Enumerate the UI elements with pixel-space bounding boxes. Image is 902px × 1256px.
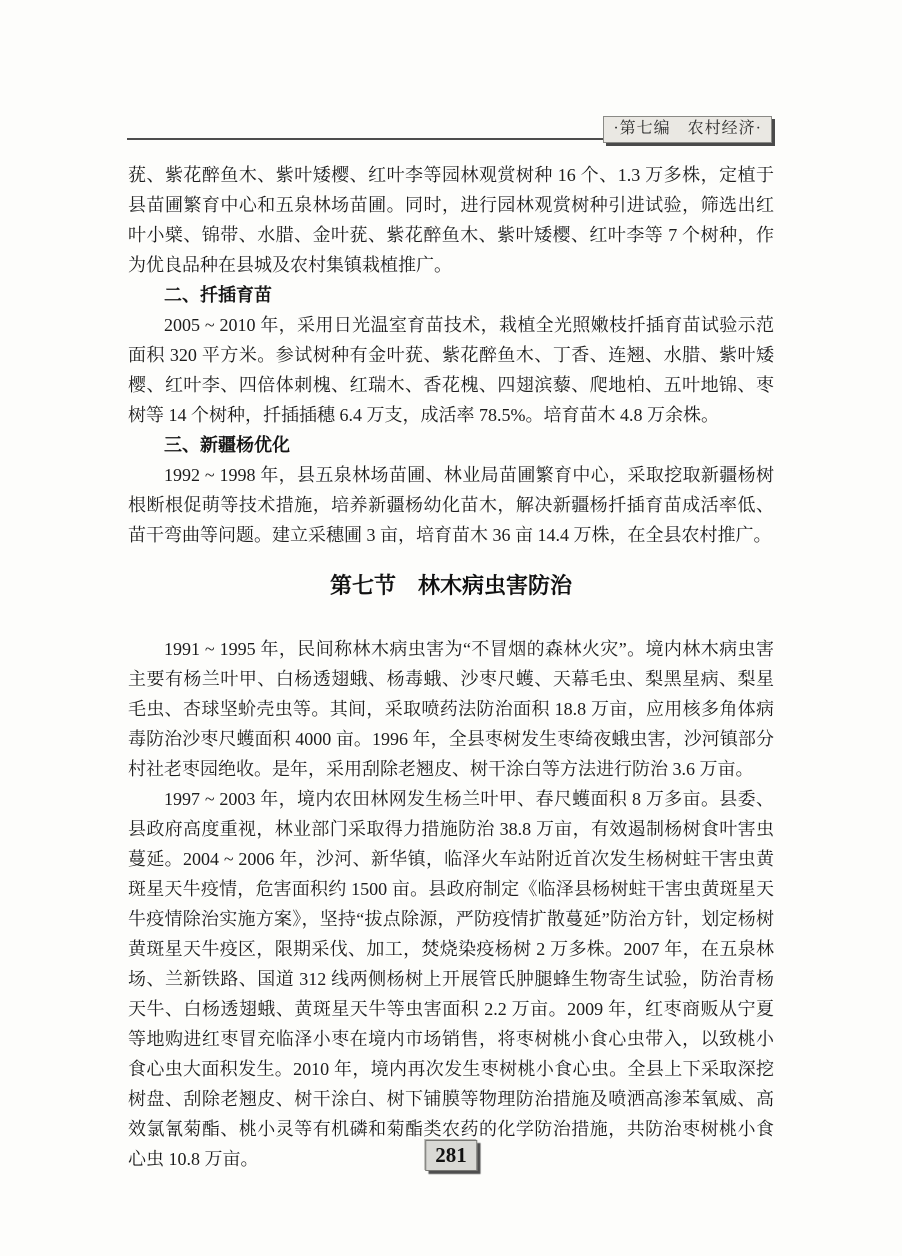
- edition-label: ·第七编 农村经济·: [613, 120, 762, 137]
- edition-label-box: ·第七编 农村经济·: [603, 116, 772, 143]
- paragraph-continued-from-previous-page: 莸、紫花醉鱼木、紫叶矮樱、红叶李等园林观赏树种 16 个、1.3 万多株，定植于…: [128, 160, 774, 280]
- paragraph-xinjiang-poplar-optimization: 1992 ~ 1998 年，县五泉林场苗圃、林业局苗圃繁育中心，采取挖取新疆杨树…: [128, 460, 774, 550]
- page-number: 281: [435, 1143, 467, 1167]
- page-number-box: 281: [425, 1140, 477, 1171]
- paragraph-pest-control-1997-2010: 1997 ~ 2003 年，境内农田林网发生杨兰叶甲、春尺蠖面积 8 万多亩。县…: [128, 784, 774, 1174]
- page-body: 莸、紫花醉鱼木、紫叶矮樱、红叶李等园林观赏树种 16 个、1.3 万多株，定植于…: [128, 160, 774, 1174]
- section-title-pest-control: 第七节 林木病虫害防治: [128, 571, 774, 601]
- paragraph-cutting-propagation: 2005 ~ 2010 年，采用日光温室育苗技术，栽植全光照嫩枝扦插育苗试验示范…: [128, 310, 774, 430]
- subheading-xinjiang-poplar-optimization: 三、新疆杨优化: [128, 430, 774, 460]
- subheading-cutting-propagation: 二、扦插育苗: [128, 280, 774, 310]
- book-page: ·第七编 农村经济· 莸、紫花醉鱼木、紫叶矮樱、红叶李等园林观赏树种 16 个、…: [0, 0, 902, 1256]
- paragraph-pest-control-1991-1996: 1991 ~ 1995 年，民间称林木病虫害为“不冒烟的森林火灾”。境内林木病虫…: [128, 634, 774, 784]
